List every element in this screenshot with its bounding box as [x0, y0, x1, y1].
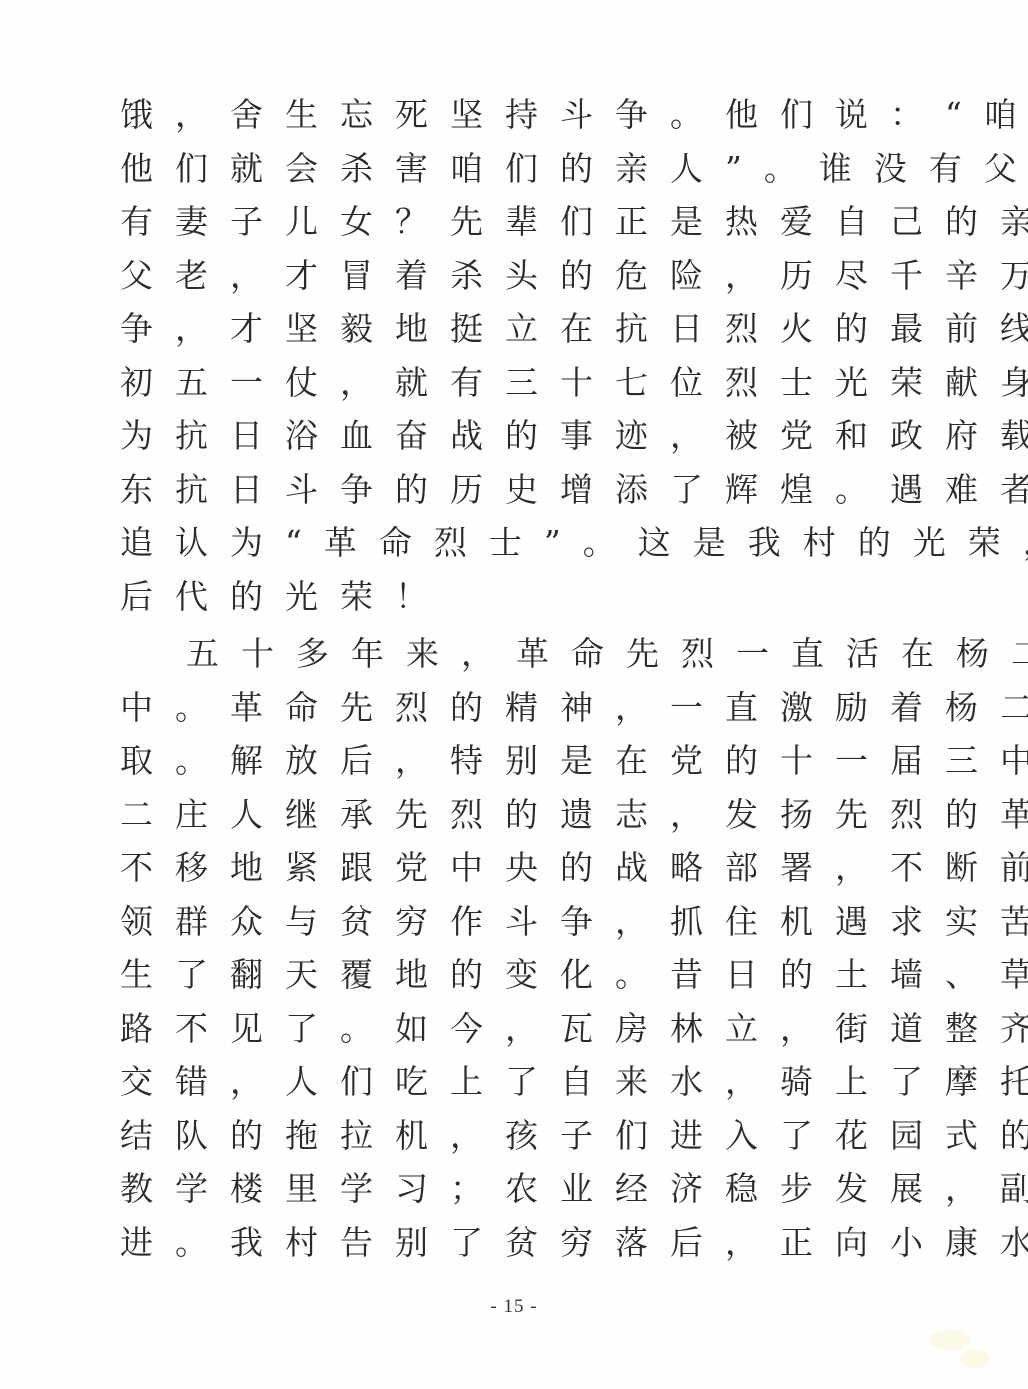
text-line: 生了翻天覆地的变化。昔日的土墙、草房、深沟、泥 — [120, 948, 910, 1002]
page-number: - 15 - — [0, 1296, 1028, 1318]
scanned-page: 饿，舍生忘死坚持斗争。他们说：“咱不消灭敌人， 他们就会杀害咱们的亲人”。谁没有… — [0, 0, 1028, 1389]
text-line: 教学楼里学习；农业经济稳步发展，副业生产突飞猛 — [120, 1162, 910, 1216]
text-line-indented: 五十多年来，革命先烈一直活在杨二庄人民的心 — [120, 627, 910, 681]
paper-stain — [960, 1350, 990, 1368]
text-line: 二庄人继承先烈的遗志，发扬先烈的革命精神，坚定 — [120, 788, 910, 842]
body-text: 饿，舍生忘死坚持斗争。他们说：“咱不消灭敌人， 他们就会杀害咱们的亲人”。谁没有… — [120, 88, 910, 1269]
text-line: 交错，人们吃上了自来水，骑上了摩托车，还有成行 — [120, 1055, 910, 1109]
text-line: 追认为“革命烈士”。这是我村的光荣，是我们子孙 — [120, 516, 910, 570]
paper-stain — [930, 1330, 970, 1350]
text-line: 争，才坚毅地挺立在抗日烈火的最前线。四三年八月 — [120, 302, 910, 356]
text-line: 结队的拖拉机，孩子们进入了花园式的学校，能坐在 — [120, 1109, 910, 1163]
text-line: 有妻子儿女？先辈们正是热爱自己的亲人，热爱乡亲 — [120, 195, 910, 249]
text-line: 中。革命先烈的精神，一直激励着杨二庄人开拓进 — [120, 681, 910, 735]
text-line: 东抗日斗争的历史增添了辉煌。遇难者，被党和政府 — [120, 463, 910, 517]
paragraph-2: 五十多年来，革命先烈一直活在杨二庄人民的心 中。革命先烈的精神，一直激励着杨二庄… — [120, 627, 910, 1269]
text-line: 取。解放后，特别是在党的十一届三中全会以后，杨 — [120, 734, 910, 788]
text-line: 领群众与贫穷作斗争，抓住机遇求实苦干，使我村发 — [120, 895, 910, 949]
text-line: 后代的光荣！ — [120, 570, 910, 624]
paragraph-1: 饿，舍生忘死坚持斗争。他们说：“咱不消灭敌人， 他们就会杀害咱们的亲人”。谁没有… — [120, 88, 910, 623]
text-line: 不移地紧跟党中央的战略部署，不断前进。党支部带 — [120, 841, 910, 895]
text-line: 路不见了。如今，瓦房林立，街道整齐，柏油路纵横 — [120, 1002, 910, 1056]
text-line: 进。我村告别了贫穷落后，正向小康水平迈进。 — [120, 1216, 910, 1270]
text-line: 饿，舍生忘死坚持斗争。他们说：“咱不消灭敌人， — [120, 88, 910, 142]
text-line: 为抗日浴血奋战的事迹，被党和政府载入史册，为卫 — [120, 409, 910, 463]
text-line: 父老，才冒着杀头的危险，历尽千辛万苦，拼命斗 — [120, 249, 910, 303]
text-line: 初五一仗，就有三十七位烈士光荣献身。杨二庄人， — [120, 356, 910, 410]
text-line: 他们就会杀害咱们的亲人”。谁没有父母双亲？谁没 — [120, 142, 910, 196]
